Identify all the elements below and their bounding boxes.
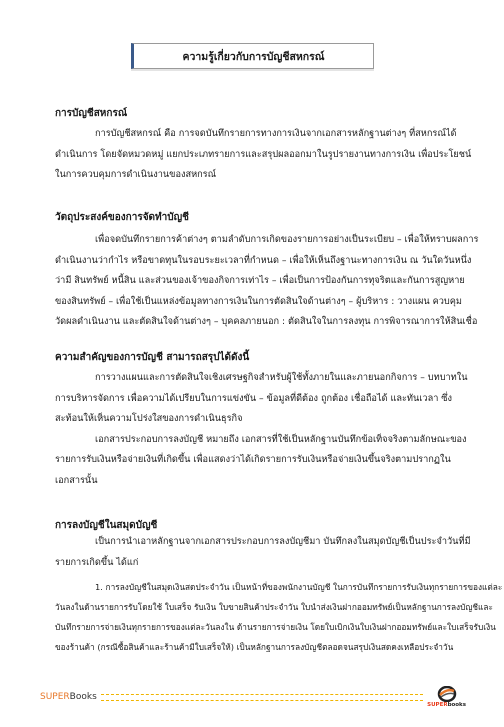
section-heading-bookkeeping: การลงบัญชีในสมุดบัญชี	[55, 518, 157, 533]
paragraph-line: ของร้านค้า (กรณีซื้อสินค้าและร้านค้ามีใบ…	[55, 637, 455, 657]
brand-prefix: SUPER	[40, 692, 70, 702]
brand-suffix: Books	[70, 692, 97, 702]
paragraph-line: วัดผลดำเนินงาน และตัดสินใจด้านต่างๆ – บุ…	[55, 312, 455, 333]
list-item-cash-book: 1. การลงบัญชีในสมุดเงินสดประจำวัน เป็นหน…	[55, 577, 455, 657]
paragraph-line: 1. การลงบัญชีในสมุดเงินสดประจำวัน เป็นหน…	[55, 577, 455, 597]
section-heading-importance: ความสำคัญของการบัญชี สามารถสรุปได้ดังนี้	[55, 350, 249, 365]
paragraph-line: สะท้อนให้เห็นความโปร่งใสของการดำเนินธุรก…	[55, 409, 455, 430]
paragraph-line: เอกสารประกอบการลงบัญชี หมายถึง เอกสารที่…	[55, 430, 455, 451]
page-footer: SUPERBooks SUPERbooks	[40, 689, 466, 705]
paragraph-line: ดำเนินงานว่ากำไร หรือขาดทุนในรอบระยะเวลา…	[55, 251, 455, 272]
section-body-cooperative-accounting: การบัญชีสหกรณ์ คือ การจดบันทึกรายการทางก…	[55, 124, 455, 186]
paragraph-line: ดำเนินการ โดยจัดหมวดหมู่ แยกประเภทรายการ…	[55, 145, 455, 166]
paragraph-line: เป็นการนำเอาหลักฐานจากเอกสารประกอบการลงบ…	[55, 532, 455, 553]
section-body-objectives: เพื่อจดบันทึกรายการค้าต่างๆ ตามลำดับการเ…	[55, 230, 455, 333]
paragraph-line: รายการรับเงินหรือจ่ายเงินที่เกิดขึ้น เพื…	[55, 450, 455, 471]
paragraph-line: การบริหารจัดการ เพื่อความได้เปรียบในการแ…	[55, 389, 455, 410]
superbooks-logo: SUPERbooks	[427, 686, 466, 708]
paragraph-line: ของสินทรัพย์ – เพื่อใช้เป็นแหล่งข้อมูลทา…	[55, 292, 455, 313]
paragraph-line: การวางแผนและการตัดสินใจเชิงเศรษฐกิจสำหรั…	[55, 368, 455, 389]
document-title-box: ความรู้เกี่ยวกับการบัญชีสหกรณ์	[131, 43, 374, 69]
paragraph-line: บันทึกรายการจ่ายเงินทุกรายการของแต่ละวัน…	[55, 617, 455, 637]
paragraph-line: รายการเกิดขึ้น ได้แก่	[55, 553, 455, 574]
paragraph-line: เพื่อจดบันทึกรายการค้าต่างๆ ตามลำดับการเ…	[55, 230, 455, 251]
logo-text: SUPERbooks	[427, 702, 466, 708]
document-title: ความรู้เกี่ยวกับการบัญชีสหกรณ์	[182, 48, 324, 65]
footer-dashed-rule	[101, 694, 423, 701]
paragraph-line: วันลงในด้านรายการรับโดยใช้ ใบเสร็จ รับเง…	[55, 597, 455, 617]
paragraph-line: ในการควบคุมการดำเนินงานของสหกรณ์	[55, 165, 455, 186]
section-heading-cooperative-accounting: การบัญชีสหกรณ์	[55, 106, 127, 121]
paragraph-line: เอกสารนั้น	[55, 471, 455, 492]
section-body-importance: การวางแผนและการตัดสินใจเชิงเศรษฐกิจสำหรั…	[55, 368, 455, 491]
section-body-bookkeeping: เป็นการนำเอาหลักฐานจากเอกสารประกอบการลงบ…	[55, 532, 455, 573]
title-shadow	[131, 69, 374, 71]
paragraph-line: การบัญชีสหกรณ์ คือ การจดบันทึกรายการทางก…	[55, 124, 455, 145]
paragraph-line: ว่ามี สินทรัพย์ หนี้สิน และส่วนของเจ้าขอ…	[55, 271, 455, 292]
section-heading-objectives: วัตถุประสงค์ของการจัดทำบัญชี	[55, 210, 189, 225]
footer-brand: SUPERBooks	[40, 692, 97, 702]
book-swoosh-icon	[437, 686, 457, 702]
